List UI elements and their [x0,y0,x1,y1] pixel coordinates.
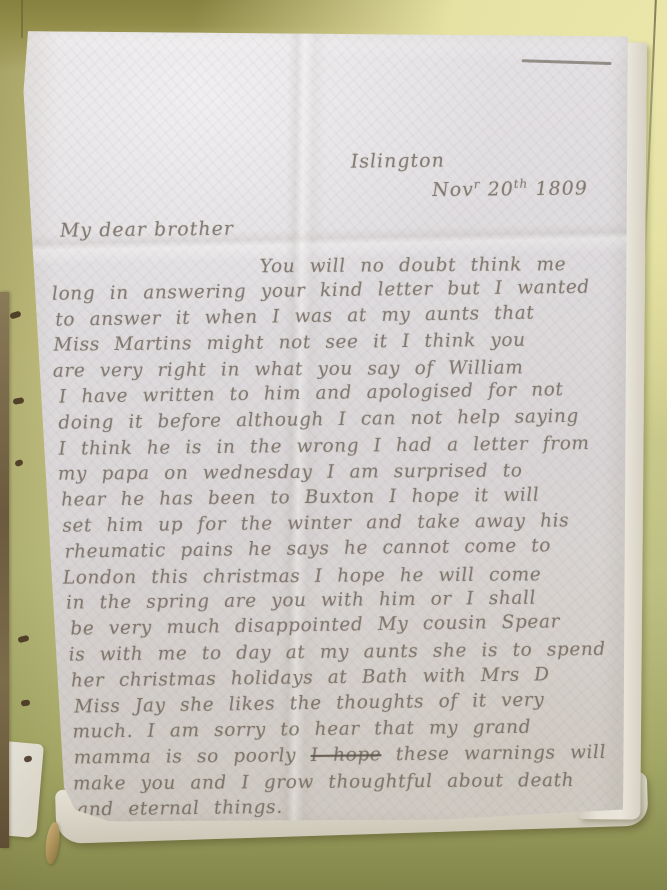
letter-line: my papa on wednesday I am surprised to [57,460,646,490]
text-segment: mamma is so poorly [73,745,311,768]
letter-page: Islington Novr 20th 1809 My dear brother… [11,28,634,828]
text-segment: set him up for the winter and take away … [62,510,570,536]
struck-text: I hope [310,744,382,766]
text-segment: these warnings will [381,742,607,765]
surface-hairline [21,0,23,38]
date-month: Nov [432,179,475,201]
date-month-superscript: r [473,177,480,191]
letter-line: London this christmas I hope he will com… [62,563,651,593]
letter-salutation: My dear brother [59,214,636,248]
date-day-superscript: th [513,177,528,191]
binding-stitch [17,635,29,643]
date-day: 20 [487,178,514,200]
text-segment: are very right in what you say of Willia… [52,358,524,382]
letter-line: mamma is so poorly I hope these warnings… [73,741,662,773]
letter-body: You will no doubt think melong in answer… [49,252,665,825]
binding-stitch [13,397,25,405]
binding-stitch [14,459,24,468]
date-year: 1809 [535,177,588,200]
text-segment: London this christmas I hope he will com… [62,564,541,588]
letter-date: Novr 20th 1809 [432,176,635,206]
binding-stitch [21,699,31,706]
paper-curl [43,821,62,865]
bound-pages-edge [0,292,9,848]
binding-stitch [9,310,21,319]
text-segment: my papa on wednesday I am surprised to [57,461,523,485]
letter-text: Islington Novr 20th 1809 My dear brother… [22,22,667,820]
letter-place: Islington [350,148,633,177]
text-segment: make you and I grow thoughtful about dea… [73,770,575,794]
photograph-of-letter: htolswlldallistndoiet Islington Novr 20t… [0,0,667,890]
text-segment: You will no doubt think me [259,254,566,277]
text-segment: and eternal things. [77,797,283,821]
